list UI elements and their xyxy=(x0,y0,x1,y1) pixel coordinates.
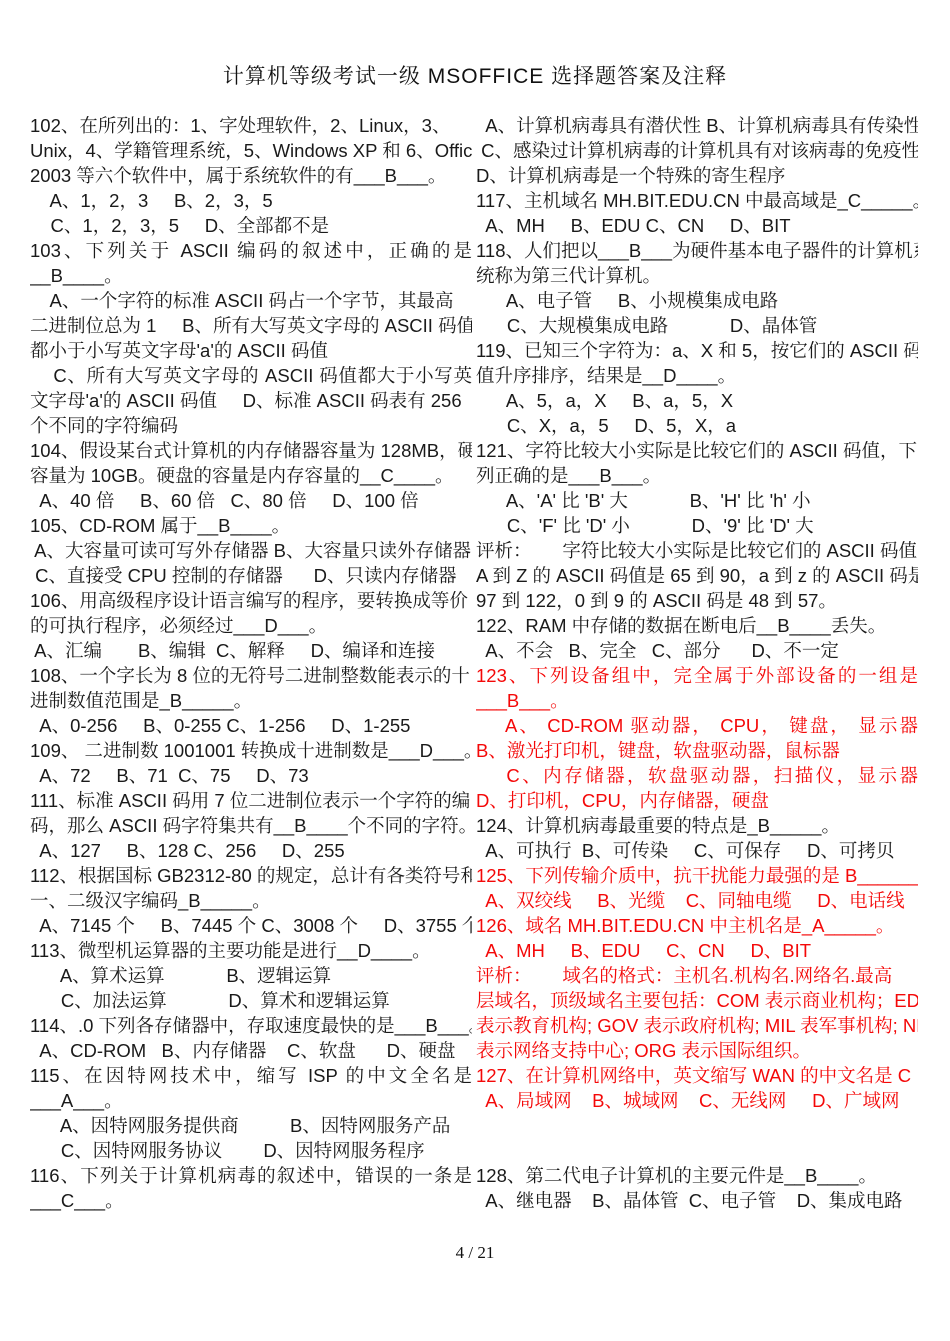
text-line: 一、二级汉字编码_B_____。 xyxy=(30,888,472,913)
text-line: 126、域名 MH.BIT.EDU.CN 中主机名是_A_____。 xyxy=(476,913,918,938)
text-line: B、激光打印机，键盘，软盘驱动器，鼠标器 xyxy=(476,738,918,763)
text-line: 123、下列设备组中，完全属于外部设备的一组是 xyxy=(476,663,918,688)
text-line xyxy=(476,1113,918,1138)
text-line: 2003 等六个软件中，属于系统软件的有___B___。 xyxy=(30,163,472,188)
text-line: 码，那么 ASCII 码字符集共有__B____个不同的字符。 xyxy=(30,813,472,838)
text-line: 121、字符比较大小实际是比较它们的 ASCII 码值，下 xyxy=(476,438,918,463)
text-line: 108、一个字长为 8 位的无符号二进制整数能表示的十 xyxy=(30,663,472,688)
text-line xyxy=(476,1138,918,1163)
text-line: C、'F' 比 'D' 小 D、'9' 比 'D' 大 xyxy=(476,513,918,538)
text-line: A、大容量可读可写外存储器 B、大容量只读外存储器 xyxy=(30,538,472,563)
text-line: A、127 B、128 C、256 D、255 xyxy=(30,838,472,863)
text-line: A、40 倍 B、60 倍 C、80 倍 D、100 倍 xyxy=(30,488,472,513)
text-line: A、汇编 B、编辑 C、解释 D、编译和连接 xyxy=(30,638,472,663)
text-line: 117、主机域名 MH.BIT.EDU.CN 中最高域是_C_____。 xyxy=(476,188,918,213)
text-line: C、直接受 CPU 控制的存储器 D、只读内存储器 xyxy=(30,563,472,588)
text-line: A、不会 B、完全 C、部分 D、不一定 xyxy=(476,638,918,663)
text-line: 的可执行程序，必须经过___D___。 xyxy=(30,613,472,638)
page-title: 计算机等级考试一级 MSOFFICE 选择题答案及注释 xyxy=(0,60,950,90)
text-line: A、 CD-ROM 驱动器， CPU， 键盘， 显示器 xyxy=(476,713,918,738)
text-line: 111、标准 ASCII 码用 7 位二进制位表示一个字符的编 xyxy=(30,788,472,813)
text-line: 122、RAM 中存储的数据在断电后__B____丢失。 xyxy=(476,613,918,638)
text-line: 128、第二代电子计算机的主要元件是__B____。 xyxy=(476,1163,918,1188)
text-line: A、MH B、EDU C、CN D、BIT xyxy=(476,938,918,963)
text-line: 109、 二进制数 1001001 转换成十进制数是___D___。 xyxy=(30,738,472,763)
text-line: A、'A' 比 'B' 大 B、'H' 比 'h' 小 xyxy=(476,488,918,513)
text-line: A、电子管 B、小规模集成电路 xyxy=(476,288,918,313)
text-line: 表示教育机构; GOV 表示政府机构; MIL 表军事机构; NET xyxy=(476,1013,918,1038)
text-line: 119、已知三个字符为：a、X 和 5，按它们的 ASCII 码 xyxy=(476,338,918,363)
text-line: 二进制位总为 1 B、所有大写英文字母的 ASCII 码值 xyxy=(30,313,472,338)
text-line: C、X，a，5 D、5，X，a xyxy=(476,413,918,438)
text-line: 97 到 122，0 到 9 的 ASCII 码是 48 到 57。 xyxy=(476,588,918,613)
text-line: A、可执行 B、可传染 C、可保存 D、可拷贝 xyxy=(476,838,918,863)
text-line: 104、假设某台式计算机的内存储器容量为 128MB，硬盘 xyxy=(30,438,472,463)
text-line: 125、下列传输介质中，抗干扰能力最强的是 B______。 xyxy=(476,863,918,888)
text-line: 表示网络支持中心; ORG 表示国际组织。 xyxy=(476,1038,918,1063)
text-line: 都小于小写英文字母'a'的 ASCII 码值 xyxy=(30,338,472,363)
text-line: A、0-256 B、0-255 C、1-256 D、1-255 xyxy=(30,713,472,738)
text-line: 112、根据国标 GB2312-80 的规定，总计有各类符号和 xyxy=(30,863,472,888)
text-line: 个不同的字符编码 xyxy=(30,413,472,438)
text-line: C、内存储器，软盘驱动器，扫描仪，显示器 xyxy=(476,763,918,788)
text-line: C、大规模集成电路 D、晶体管 xyxy=(476,313,918,338)
text-line: ___B___。 xyxy=(476,688,918,713)
text-line: A、计算机病毒具有潜伏性 B、计算机病毒具有传染性 xyxy=(476,113,918,138)
text-line: A、MH B、EDU C、CN D、BIT xyxy=(476,213,918,238)
text-line: C、感染过计算机病毒的计算机具有对该病毒的免疫性 xyxy=(476,138,918,163)
text-line: 106、用高级程序设计语言编写的程序，要转换成等价 xyxy=(30,588,472,613)
text-line: 118、人们把以___B___为硬件基本电子器件的计算机系 xyxy=(476,238,918,263)
text-line: Unix，4、学籍管理系统，5、Windows XP 和 6、Office xyxy=(30,138,472,163)
text-line: 列正确的是___B___。 xyxy=(476,463,918,488)
text-line: C、因特网服务协议 D、因特网服务程序 xyxy=(30,1138,472,1163)
text-line: 113、微型机运算器的主要功能是进行__D____。 xyxy=(30,938,472,963)
text-line: A、算术运算 B、逻辑运算 xyxy=(30,963,472,988)
text-line: 层域名，顶级域名主要包括：COM 表示商业机构；EDU xyxy=(476,988,918,1013)
text-line: A、双绞线 B、光缆 C、同轴电缆 D、电话线 xyxy=(476,888,918,913)
text-line: 103、下列关于 ASCII 编码的叙述中，正确的是 xyxy=(30,238,472,263)
text-line: ___C___。 xyxy=(30,1188,472,1213)
text-line: 评析： 字符比较大小实际是比较它们的 ASCII 码值， xyxy=(476,538,918,563)
text-line: A、继电器 B、晶体管 C、电子管 D、集成电路 xyxy=(476,1188,918,1213)
text-line: A、7145 个 B、7445 个 C、3008 个 D、3755 个 xyxy=(30,913,472,938)
text-line: A、5，a，X B、a，5，X xyxy=(476,388,918,413)
text-line: A、CD-ROM B、内存储器 C、软盘 D、硬盘 xyxy=(30,1038,472,1063)
text-line: 评析： 域名的格式：主机名.机构名.网络名.最高 xyxy=(476,963,918,988)
text-line: 102、在所列出的：1、字处理软件，2、Linux，3、 xyxy=(30,113,472,138)
text-line: A、一个字符的标准 ASCII 码占一个字节，其最高 xyxy=(30,288,472,313)
text-line: 值升序排序，结果是__D____。 xyxy=(476,363,918,388)
text-line: D、打印机，CPU，内存储器，硬盘 xyxy=(476,788,918,813)
text-line: 进制数值范围是_B_____。 xyxy=(30,688,472,713)
two-column-body: 102、在所列出的：1、字处理软件，2、Linux，3、Unix，4、学籍管理系… xyxy=(30,113,918,1213)
text-line: A 到 Z 的 ASCII 码值是 65 到 90，a 到 z 的 ASCII … xyxy=(476,563,918,588)
text-line: C、加法运算 D、算术和逻辑运算 xyxy=(30,988,472,1013)
text-line: 114、.0 下列各存储器中，存取速度最快的是___B___。 xyxy=(30,1013,472,1038)
document-page: 计算机等级考试一级 MSOFFICE 选择题答案及注释 102、在所列出的：1、… xyxy=(0,0,950,1341)
text-line: ___A___。 xyxy=(30,1088,472,1113)
page-number: 4 / 21 xyxy=(0,1243,950,1263)
left-column: 102、在所列出的：1、字处理软件，2、Linux，3、Unix，4、学籍管理系… xyxy=(30,113,472,1213)
text-line: __B____。 xyxy=(30,263,472,288)
text-line: A、1，2，3 B、2，3，5 xyxy=(30,188,472,213)
text-line: 124、计算机病毒最重要的特点是_B_____。 xyxy=(476,813,918,838)
text-line: A、局域网 B、城域网 C、无线网 D、广域网 xyxy=(476,1088,918,1113)
text-line: A、因特网服务提供商 B、因特网服务产品 xyxy=(30,1113,472,1138)
text-line: 105、CD-ROM 属于__B____。 xyxy=(30,513,472,538)
text-line: 116、下列关于计算机病毒的叙述中，错误的一条是 xyxy=(30,1163,472,1188)
text-line: A、72 B、71 C、75 D、73 xyxy=(30,763,472,788)
text-line: 115、在因特网技术中，缩写 ISP 的中文全名是 xyxy=(30,1063,472,1088)
text-line: C、所有大写英文字母的 ASCII 码值都大于小写英 xyxy=(30,363,472,388)
text-line: 容量为 10GB。硬盘的容量是内存容量的__C____。 xyxy=(30,463,472,488)
text-line: 文字母'a'的 ASCII 码值 D、标准 ASCII 码表有 256 xyxy=(30,388,472,413)
right-column: A、计算机病毒具有潜伏性 B、计算机病毒具有传染性 C、感染过计算机病毒的计算机… xyxy=(476,113,918,1213)
text-line: C、1，2，3，5 D、全部都不是 xyxy=(30,213,472,238)
text-line: 统称为第三代计算机。 xyxy=(476,263,918,288)
text-line: 127、在计算机网络中，英文缩写 WAN 的中文名是 C 。 xyxy=(476,1063,918,1088)
text-line: D、计算机病毒是一个特殊的寄生程序 xyxy=(476,163,918,188)
